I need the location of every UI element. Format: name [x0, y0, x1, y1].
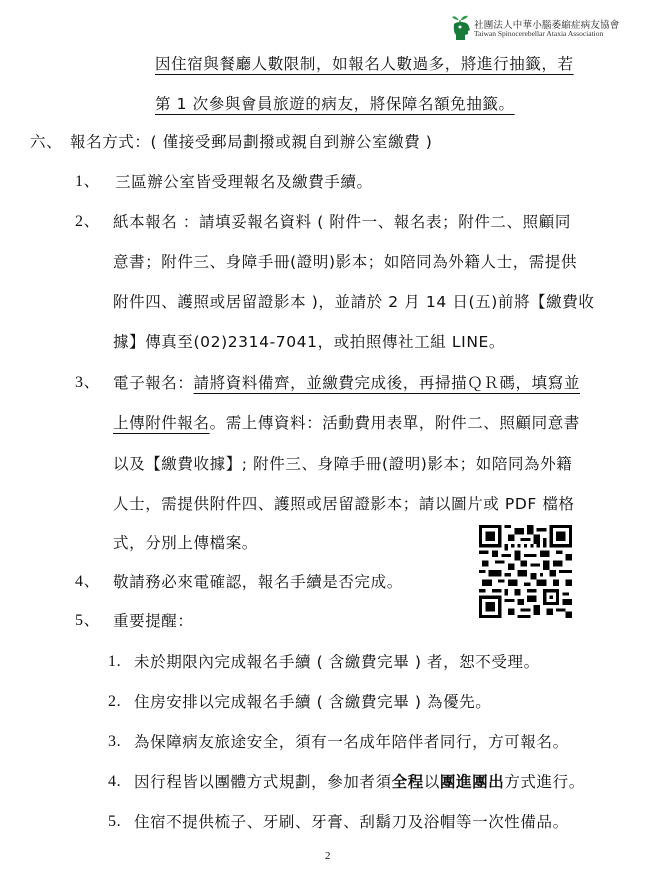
item-1-text: 三區辦公室皆受理報名及繳費手續。 [115, 172, 373, 192]
reminder-marker-4: 4. [108, 772, 121, 792]
reminder-marker-1: 1. [108, 652, 121, 672]
reminder-1: 未於期限內完成報名手續 ( 含繳費完畢 ) 者，恕不受理。 [134, 652, 540, 672]
reminder-marker-5: 5. [108, 812, 121, 832]
item-marker-4: 4、 [75, 572, 100, 592]
intro-line-1: 因住宿與餐廳人數限制，如報名人數過多，將進行抽籤，若 [155, 54, 574, 74]
reminder-4-part-b: 以 [424, 773, 440, 791]
item-2-line-1: 紙本報名 ：請填妥報名資料 ( 附件一、報名表；附件二、照顧同 [113, 212, 571, 232]
page-number: 2 [325, 850, 331, 862]
item-marker-1: 1、 [75, 172, 100, 192]
item-4-text: 敬請務必來電確認，報名手續是否完成。 [113, 572, 403, 592]
qr-code-icon[interactable] [479, 525, 572, 618]
reminder-4-bold-a: 全程 [392, 773, 424, 791]
item-marker-2: 2、 [75, 212, 100, 232]
item-3-line-1: 電子報名：請將資料備齊，並繳費完成後，再掃描ＱＲ碼，填寫並 [113, 373, 580, 393]
item-5-text: 重要提醒： [113, 611, 194, 631]
org-name-en: Taiwan Spinocerebellar Ataxia Associatio… [474, 29, 603, 38]
org-logo: 社團法人中華小腦萎縮症病友協會 Taiwan Spinocerebellar A… [452, 15, 652, 45]
item-3-line-5: 式，分別上傳檔案。 [113, 533, 258, 553]
reminder-4-part-c: 方式進行。 [504, 773, 585, 791]
intro-line-2: 第 1 次參與會員旅遊的病友，將保障名額免抽籤。 [155, 94, 515, 114]
section-title: 報名方式：( 僅接受郵局劃撥或親自到辦公室繳費 ) [70, 132, 432, 152]
reminder-marker-3: 3. [108, 732, 121, 752]
reminder-marker-2: 2. [108, 692, 121, 712]
item-3-label: 電子報名： [113, 374, 194, 392]
item-marker-5: 5、 [75, 611, 100, 631]
section-marker: 六、 [30, 132, 62, 152]
reminder-4: 因行程皆以團體方式規劃，參加者須全程以團進團出方式進行。 [134, 772, 585, 792]
item-3-line-4: 人士，需提供附件四、護照或居留證影本；請以圖片或 PDF 檔格 [113, 494, 575, 514]
item-3-underlined-2: 上傳附件報名 [113, 414, 210, 432]
item-2-line-2: 意書；附件三、身障手冊(證明)影本；如陪同為外籍人士，需提供 [113, 252, 577, 272]
item-3-line-2: 上傳附件報名。需上傳資料：活動費用表單，附件二、照顧同意書 [113, 413, 580, 433]
reminder-3: 為保障病友旅途安全，須有一名成年陪伴者同行，方可報名。 [134, 732, 569, 752]
item-3-underlined-1: 請將資料備齊，並繳費完成後，再掃描ＱＲ碼，填寫並 [194, 374, 580, 392]
item-3-line-3: 以及【繳費收據】; 附件三、身障手冊(證明)影本；如陪同為外籍 [113, 454, 572, 474]
item-2-line-3: 附件四、護照或居留證影本 )，並請於 2 月 14 日(五)前將【繳費收 [113, 292, 594, 312]
reminder-4-bold-b: 團進團出 [440, 773, 504, 791]
item-3-line-2-rest: 。需上傳資料：活動費用表單，附件二、照顧同意書 [210, 414, 580, 432]
reminder-5: 住宿不提供梳子、牙刷、牙膏、刮鬍刀及浴帽等一次性備品。 [134, 812, 569, 832]
item-2-line-4: 據】傳真至(02)2314-7041，或拍照傳社工組 LINE。 [113, 332, 505, 352]
item-marker-3: 3、 [75, 373, 100, 393]
reminder-2: 住房安排以完成報名手續 ( 含繳費完畢 ) 為優先。 [134, 692, 491, 712]
sprout-head-logo-icon [452, 15, 472, 41]
reminder-4-part-a: 因行程皆以團體方式規劃，參加者須 [134, 773, 392, 791]
